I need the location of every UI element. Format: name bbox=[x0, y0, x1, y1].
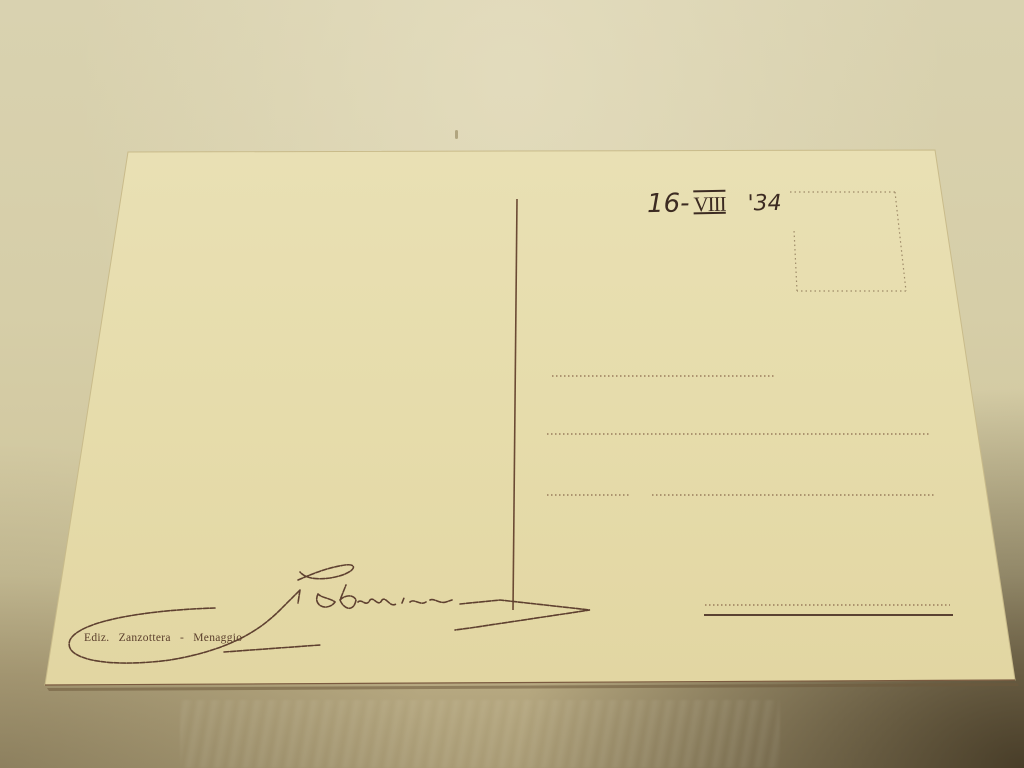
date-year: '34 bbox=[747, 191, 781, 217]
publisher-imprint: Ediz. Zanzottera - Menaggio bbox=[84, 632, 242, 644]
date-month: VIII bbox=[693, 192, 726, 217]
postcard bbox=[0, 0, 1024, 768]
handwritten-date: 16-VIII'34 bbox=[647, 187, 782, 219]
date-day: 16- bbox=[647, 188, 690, 219]
